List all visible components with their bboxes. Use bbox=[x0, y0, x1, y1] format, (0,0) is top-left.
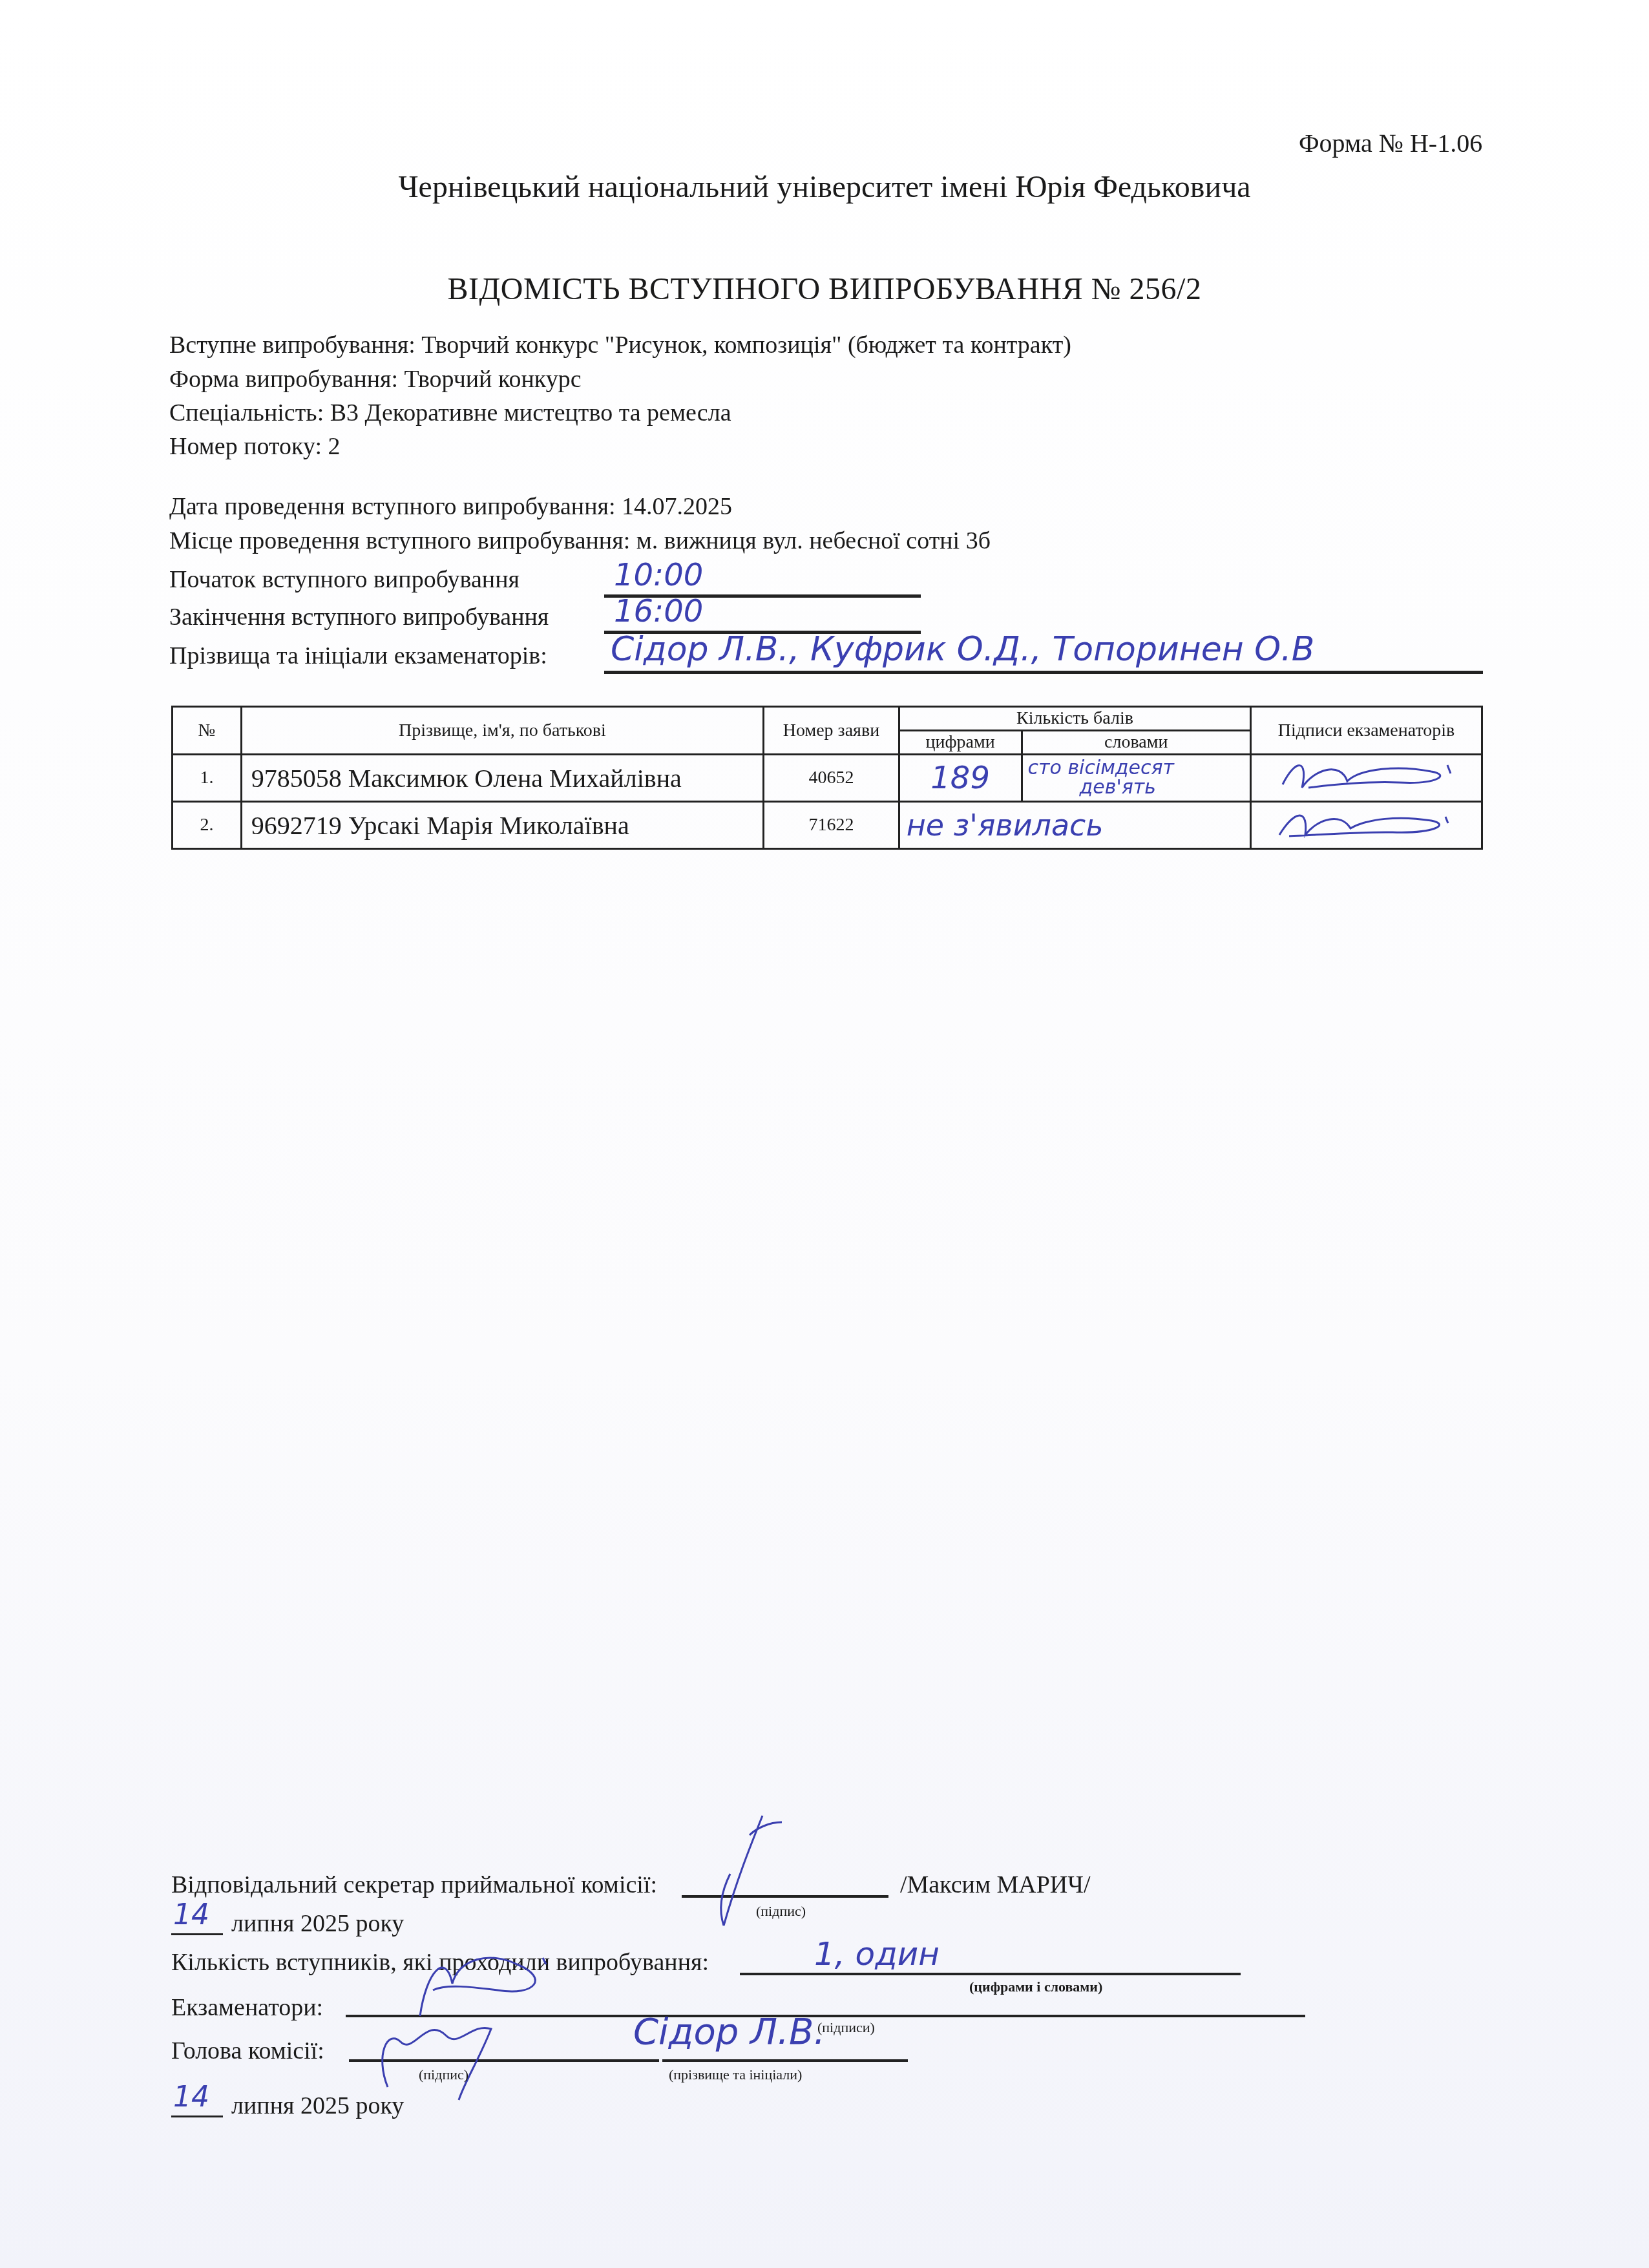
stream-number: Номер потоку: 2 bbox=[169, 434, 341, 459]
examiner-signature-icon bbox=[1270, 803, 1464, 841]
date1-rest: липня 2025 року bbox=[231, 1909, 404, 1938]
col-header-score-digits: цифрами bbox=[899, 731, 1022, 755]
count-underline bbox=[740, 1973, 1241, 1975]
end-time-value: 16:00 bbox=[614, 593, 703, 629]
document-page: Форма № Н-1.06 Чернівецький національний… bbox=[0, 0, 1649, 2268]
table-header-row: № Прізвище, ім'я, по батькові Номер заяв… bbox=[173, 707, 1482, 731]
chair-name-caption: (прізвище та ініціали) bbox=[669, 2066, 802, 2083]
application-number: 40652 bbox=[764, 755, 899, 802]
count-value: 1, один bbox=[814, 1935, 940, 1973]
exam-form: Форма випробування: Творчий конкурс bbox=[169, 367, 582, 392]
end-label: Закінчення вступного випробування bbox=[169, 605, 549, 629]
col-header-signatures: Підписи екзаменаторів bbox=[1251, 707, 1482, 755]
row-number: 2. bbox=[173, 802, 242, 849]
secretary-label: Відповідальний секретар приймальної комі… bbox=[171, 1871, 657, 1899]
date1-day-underline bbox=[171, 1933, 223, 1935]
examiners-value: Сідор Л.В., Куфрик О.Д., Топоринен О.В bbox=[611, 630, 1314, 669]
examiners-footer-label: Екзаменатори: bbox=[171, 1993, 323, 2022]
exam-name: Вступне випробування: Творчий конкурс "Р… bbox=[169, 333, 1071, 357]
secretary-signature-caption: (підпис) bbox=[756, 1903, 806, 1920]
examiners-footer-caption: (підписи) bbox=[817, 2019, 875, 2036]
application-number: 71622 bbox=[764, 802, 899, 849]
table-row: 2. 9692719 Урсакі Марія Миколаївна 71622… bbox=[173, 802, 1482, 849]
specialty: Спеціальність: В3 Декоративне мистецтво … bbox=[169, 401, 731, 425]
document-title: ВІДОМІСТЬ ВСТУПНОГО ВИПРОБУВАННЯ № 256/2 bbox=[0, 271, 1649, 307]
date2-rest: липня 2025 року bbox=[231, 2092, 404, 2120]
col-header-score-words: словами bbox=[1022, 731, 1251, 755]
date2-day-underline bbox=[171, 2116, 223, 2117]
score-words-line2: дев'ять bbox=[1028, 778, 1250, 797]
student-name: 9785058 Максимюк Олена Михайлівна bbox=[241, 755, 763, 802]
exam-place: Місце проведення вступного випробування:… bbox=[169, 529, 991, 553]
examiners-underline bbox=[604, 671, 1483, 674]
col-header-no: № bbox=[173, 707, 242, 755]
col-header-application: Номер заяви bbox=[764, 707, 899, 755]
date1-day: 14 bbox=[173, 1898, 209, 1931]
chair-sign-caption: (підпис) bbox=[419, 2066, 468, 2083]
start-label: Початок вступного випробування bbox=[169, 567, 520, 592]
secretary-name: /Максим МАРИЧ/ bbox=[900, 1871, 1091, 1899]
start-time-value: 10:00 bbox=[614, 557, 703, 593]
chair-name-value: Сідор Л.В. bbox=[633, 2011, 825, 2053]
table-row: 1. 9785058 Максимюк Олена Михайлівна 406… bbox=[173, 755, 1482, 802]
examiner-signature-icon bbox=[1270, 755, 1464, 794]
score-digits: 189 bbox=[930, 760, 990, 796]
row-number: 1. bbox=[173, 755, 242, 802]
score-words-line1: сто вісімдесят bbox=[1028, 759, 1250, 778]
chair-signature-icon bbox=[362, 2003, 530, 2106]
col-header-name: Прізвище, ім'я, по батькові bbox=[241, 707, 763, 755]
student-name: 9692719 Урсакі Марія Миколаївна bbox=[241, 802, 763, 849]
form-number: Форма № Н-1.06 bbox=[1299, 128, 1482, 158]
col-header-score-group: Кількість балів bbox=[899, 707, 1250, 731]
results-table: № Прізвище, ім'я, по батькові Номер заяв… bbox=[171, 706, 1483, 850]
date2-day: 14 bbox=[173, 2081, 209, 2114]
examiners-label: Прізвища та ініціали екзаменаторів: bbox=[169, 644, 547, 668]
absent-note: не з'явилась bbox=[907, 808, 1104, 843]
university-name: Чернівецький національний університет ім… bbox=[0, 169, 1649, 205]
count-caption: (цифрами і словами) bbox=[969, 1979, 1102, 1995]
chair-label: Голова комісії: bbox=[171, 2037, 324, 2065]
chair-name-line bbox=[662, 2059, 908, 2062]
exam-date: Дата проведення вступного випробування: … bbox=[169, 494, 732, 519]
